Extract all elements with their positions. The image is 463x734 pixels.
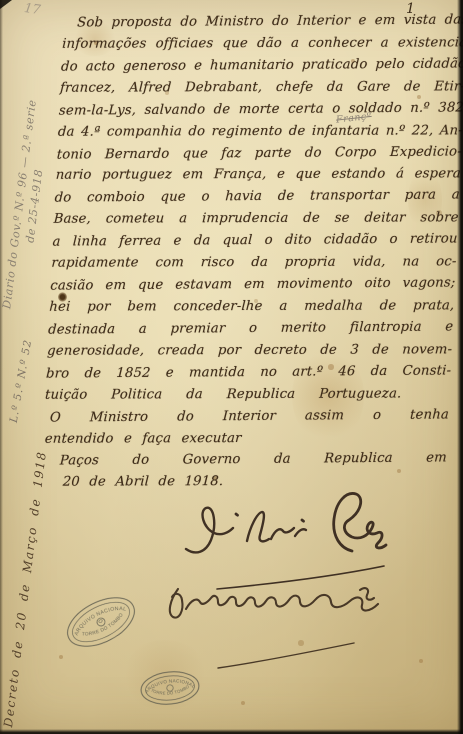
stamp-emblem	[96, 617, 107, 628]
handwritten-line: 20 de Abril de 1918.	[40, 471, 446, 494]
handwritten-line: O Ministro do Interior assim o tenha	[43, 404, 449, 429]
margin-note-gazette-line1: Diario do Gov.º N.º 96 — 2.ª serie	[0, 79, 42, 329]
stamp-text-bottom: TORRE DO TOMBO	[79, 611, 128, 643]
decree-body-text: Sob proposta do Ministro do Interior e e…	[40, 10, 463, 494]
handwritten-line: destinada a premiar o merito filantropia…	[48, 316, 454, 341]
handwritten-line: francez, Alfred Debrabant, chefe da Gare…	[59, 76, 463, 99]
handwritten-line: entendido e faça executar	[42, 427, 448, 450]
signature-sidonio-pais	[186, 494, 386, 589]
handwritten-line: do acto generoso e humanitario praticado…	[61, 53, 463, 78]
handwritten-line: da 4.ª companhia do regimento de infanta…	[57, 120, 463, 143]
svg-text:ARQUIVO NACIONAL: ARQUIVO NACIONAL	[69, 599, 129, 639]
signature-flourish-line	[218, 643, 354, 668]
handwritten-line: do comboio que o havia de transportar pa…	[54, 185, 460, 210]
stamp-arquivo-nacional-2: ARQUIVO NACIONAL TORRE DO TOMBO	[139, 669, 200, 707]
scanned-decree-page: 17 1 Sob proposta do Ministro do Interio…	[0, 0, 463, 734]
signature-minister	[170, 588, 378, 668]
handwritten-line: generosidade, creada por decreto de 3 de…	[47, 339, 453, 362]
handwritten-line: tuição Politica da Republica Portugueza.	[44, 383, 402, 406]
handwritten-line: nario portuguez em França, e que estando…	[55, 164, 461, 187]
margin-note-register: L.º 5.º N.º 52	[6, 326, 37, 436]
handwritten-line: tonio Bernardo que faz parte do Corpo Ex…	[56, 141, 462, 166]
stamp-emblem	[166, 684, 173, 691]
handwritten-line: Paços do Governo da Republica em	[41, 448, 447, 473]
svg-text:TORRE DO TOMBO: TORRE DO TOMBO	[150, 683, 192, 697]
stamp-text-top: ARQUIVO NACIONAL	[69, 599, 129, 639]
handwritten-line: casião em que estavam em movimento oito …	[50, 272, 456, 297]
stamp-arquivo-nacional-1: ARQUIVO NACIONAL TORRE DO TOMBO	[60, 588, 142, 656]
handwritten-line: hei por bem conceder-lhe a medalha de pr…	[49, 295, 455, 318]
svg-text:TORRE DO TOMBO: TORRE DO TOMBO	[79, 611, 128, 643]
stamp-text-top: ARQUIVO NACIONAL	[143, 676, 197, 695]
handwritten-line: Base, cometeu a imprudencia de se deitar…	[53, 208, 459, 231]
scan-corner-top-left	[0, 0, 12, 9]
signature-flourish-line	[217, 566, 384, 589]
handwritten-line: Sob proposta do Ministro do Interior e e…	[63, 9, 463, 34]
corner-number-pencil: 17	[23, 1, 41, 18]
svg-text:ARQUIVO NACIONAL: ARQUIVO NACIONAL	[143, 676, 197, 695]
handwritten-line: a linha ferrea e da qual o dito cidadão …	[52, 229, 458, 254]
scan-edge-bottom	[0, 729, 463, 734]
scan-edge-right	[457, 0, 463, 734]
margin-note-gazette: Diario do Gov.º N.º 96 — 2.ª serie de 25…	[0, 79, 57, 331]
handwritten-line: sem-la-Lys, salvando de morte certa o so…	[58, 97, 463, 122]
scan-edge-left	[0, 0, 3, 734]
handwritten-line: informações officiaes que dão a conhecer…	[62, 32, 463, 55]
handwritten-line: rapidamente com risco da propria vida, n…	[51, 251, 457, 274]
stamp-text-bottom: TORRE DO TOMBO	[150, 683, 192, 697]
paper-stain	[120, 640, 210, 710]
handwritten-line: bro de 1852 e mantida no art.º 46 da Con…	[46, 360, 452, 385]
